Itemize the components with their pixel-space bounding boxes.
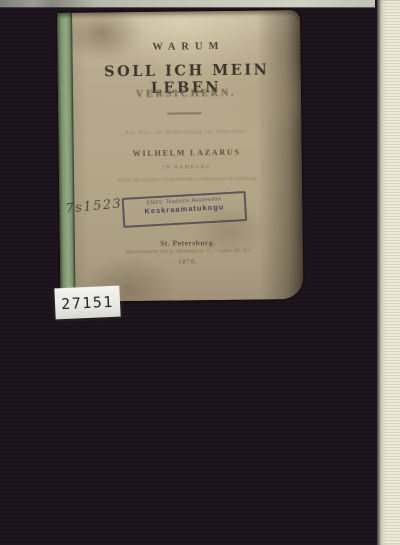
title-rule [167, 112, 201, 114]
scanner-edge-strip [377, 0, 400, 545]
cover-text-block: WARUM SOLL ICH MEIN LEBEN VERSICHERN. Ei… [72, 10, 302, 302]
title-line-3: VERSICHERN. [73, 87, 299, 101]
title-line-1: WARUM [72, 40, 298, 54]
imprint-printer: Buchdruckerei von A. Jacobson (W. O., 7 … [75, 248, 301, 256]
book-cover: WARUM SOLL ICH MEIN LEBEN VERSICHERN. Ei… [57, 10, 304, 302]
author-place: IN HAMBURG [74, 163, 300, 172]
scanner-lid-strip [0, 0, 375, 8]
shelf-number-label: 27151 [54, 286, 120, 320]
subtitle-line: Ein Wort zur Beherzigung für Jedermann [73, 128, 299, 137]
imprint-year: 1878. [75, 257, 301, 267]
author-name: WILHELM LAZARUS [74, 147, 300, 159]
author-note: Agent der Lebens-Versicherungs-Gesellsch… [74, 176, 300, 184]
imprint-city: St. Petersburg. [75, 237, 301, 249]
scanner-bed-photo: WARUM SOLL ICH MEIN LEBEN VERSICHERN. Ei… [0, 0, 400, 545]
